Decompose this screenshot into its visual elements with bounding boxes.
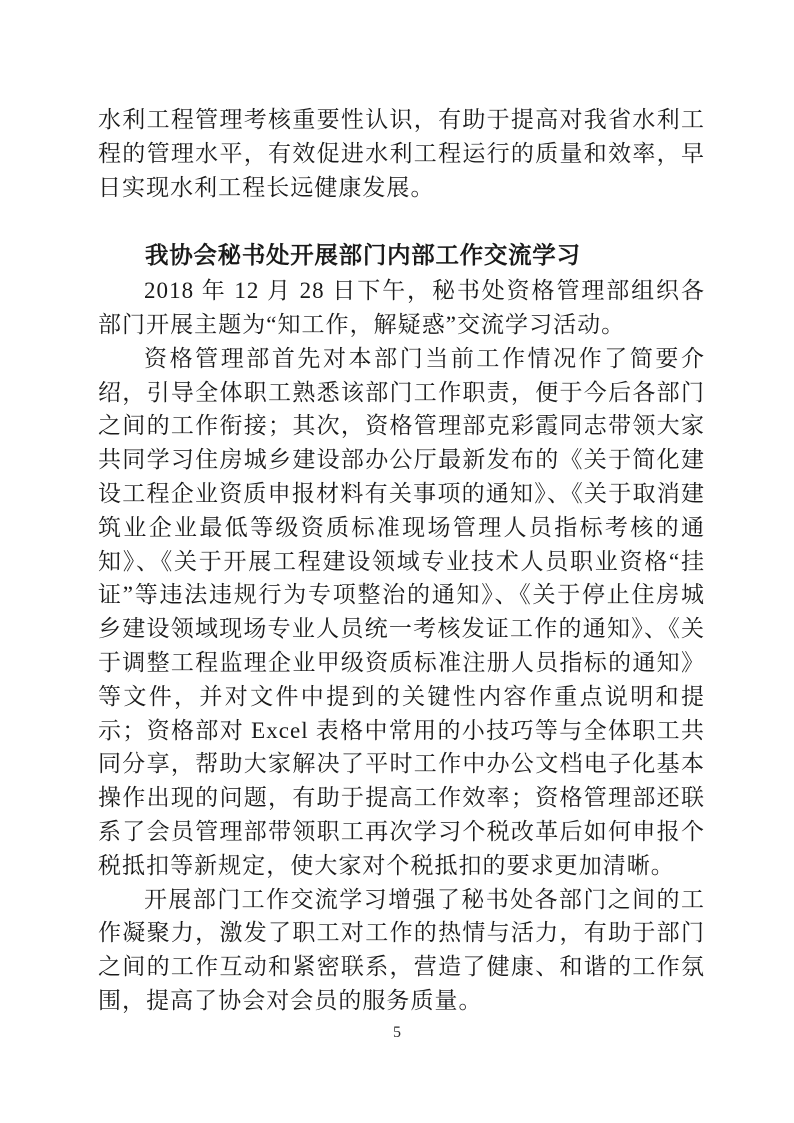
paragraph-main: 资格管理部首先对本部门当前工作情况作了简要介绍，引导全体职工熟悉该部门工作职责，… <box>98 342 705 883</box>
paragraph-intro: 2018 年 12 月 28 日下午，秘书处资格管理部组织各部门开展主题为“知工… <box>98 274 705 342</box>
paragraph-continuation: 水利工程管理考核重要性认识，有助于提高对我省水利工程的管理水平，有效促进水利工程… <box>98 103 705 204</box>
paragraph-closing: 开展部门工作交流学习增强了秘书处各部门之间的工作凝聚力，激发了职工对工作的热情与… <box>98 883 705 1018</box>
document-body: 水利工程管理考核重要性认识，有助于提高对我省水利工程的管理水平，有效促进水利工程… <box>98 103 705 1018</box>
section-heading: 我协会秘书处开展部门内部工作交流学习 <box>98 240 705 274</box>
page-footer: 5 <box>0 1024 794 1042</box>
document-page: 水利工程管理考核重要性认识，有助于提高对我省水利工程的管理水平，有效促进水利工程… <box>0 0 794 1123</box>
page-number: 5 <box>393 1024 401 1041</box>
